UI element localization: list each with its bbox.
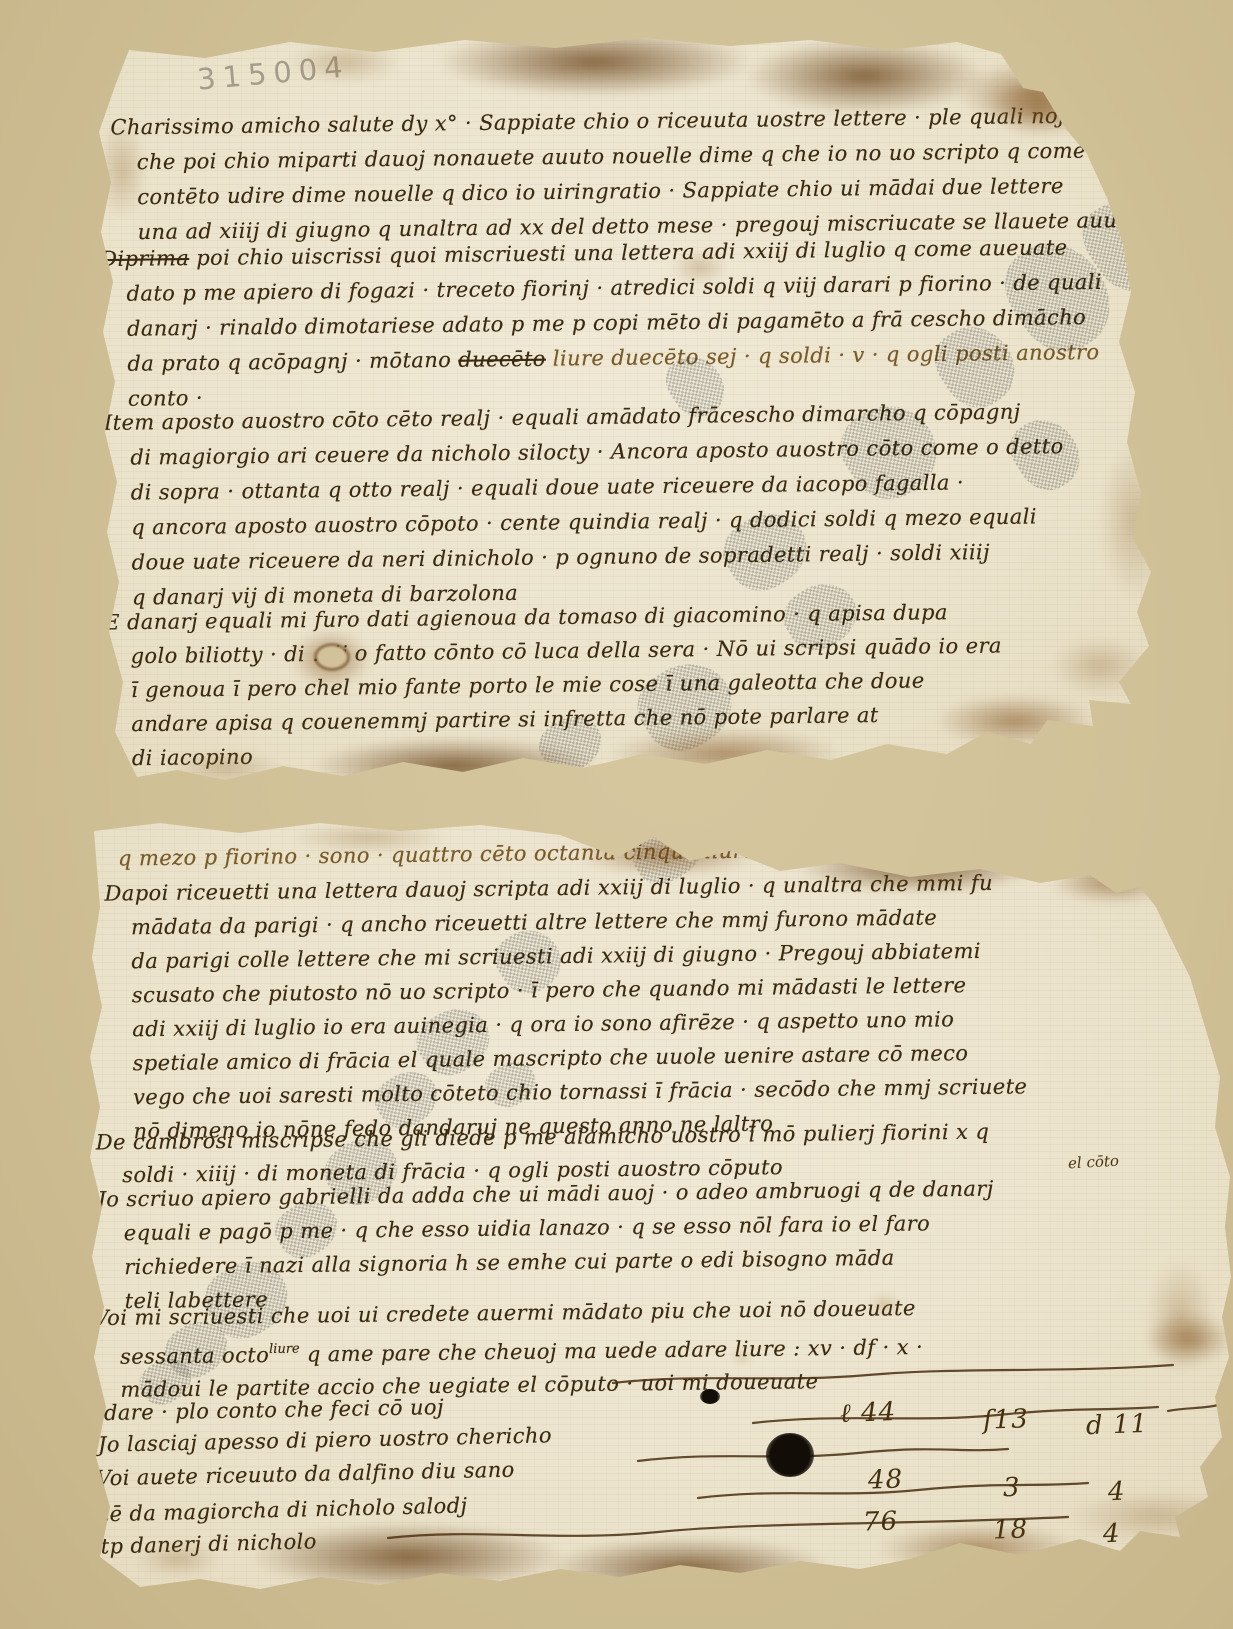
paragraph-voi-scriuesti: Voi mi scriuesti che uoi ui credete auer… [93, 1292, 923, 1407]
amount-lire: ℓ 44 [839, 1397, 896, 1429]
paragraph-danari-genova: E danarj equali mi furo dati agienoua da… [104, 595, 1003, 776]
paragraph-salutation: Charissimo amicho salute dy x° · Sappiat… [110, 98, 1168, 251]
amount-soldi: 3 [1002, 1473, 1021, 1504]
ink-blot [700, 1389, 720, 1404]
archive-number-pencil: 315004 [196, 49, 351, 96]
interlinear-note: el cōto [1068, 1152, 1120, 1173]
paragraph-item-reali: Item aposto auostro cōto cēto realj · eq… [104, 394, 1066, 616]
marginal-x-mark: x [105, 772, 115, 793]
amount-denari: d 11 [1085, 1409, 1148, 1441]
amount-soldi: ſ13 [982, 1404, 1029, 1436]
paper-fragment-bottom: q mezo p fiorino · sono · quattro cēto o… [78, 815, 1233, 1615]
stain [385, 16, 805, 108]
manuscript-scan: 315004 Charissimo amicho salute dy x° · … [0, 0, 1233, 1629]
stain [1028, 1480, 1233, 1552]
amount-denari: 4 [1107, 1477, 1126, 1508]
amount-lire: 76 [862, 1506, 898, 1537]
stain [1158, 1497, 1233, 1569]
paragraph-first-payment: Diprima poi chio uiscrissi quoi miscriue… [100, 230, 1104, 417]
stain [1028, 851, 1198, 913]
stain [1128, 1303, 1233, 1375]
amount-denari: 4 [1102, 1519, 1121, 1550]
account-row-label: Itp danerj di nicholo [92, 1524, 318, 1564]
amount-lire: 48 [867, 1464, 903, 1495]
stain [1133, 1235, 1228, 1400]
struck-word: Diprima [100, 246, 189, 271]
struck-word: duecēto [458, 347, 546, 372]
account-row: Itp danerj di nicholo [92, 1524, 318, 1564]
amount-soldi: 18 [992, 1514, 1028, 1545]
paragraph-dapoi: Dapoi riceuetti una lettera dauoj script… [104, 865, 1028, 1148]
stain [498, 1527, 878, 1609]
ink-blot [766, 1433, 814, 1477]
manuscript-line: Jo oposto auostro cōputo septe cēto fior… [109, 763, 599, 803]
paper-hole [317, 646, 347, 668]
stain [1085, 410, 1185, 630]
paper-fragment-top: 315004 Charissimo amicho salute dy x° · … [85, 30, 1180, 802]
interlinear-insertion: liure [269, 1342, 300, 1357]
stain [1030, 625, 1170, 707]
